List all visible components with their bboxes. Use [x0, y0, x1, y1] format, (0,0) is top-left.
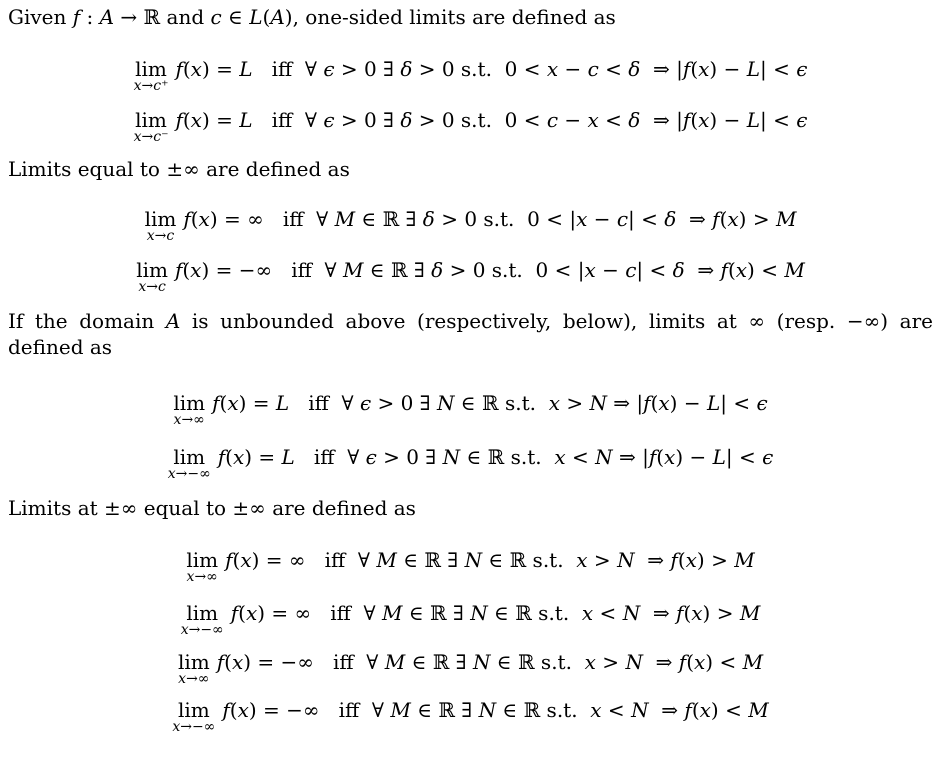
- limit-operator: lim x→c: [136, 257, 168, 295]
- equation-body: f(x) = L iff ∀ ϵ > 0 ∃ N ∈ ℝ s.t. x > N …: [212, 390, 768, 416]
- lim-subscript: x→−∞: [181, 623, 224, 638]
- equation-at-infinity-equals-infinity: lim x→∞ f(x) = ∞ iff ∀ M ∈ ℝ ∃ N ∈ ℝ s.t…: [8, 547, 933, 585]
- equation-at-neg-infinity-equals-infinity: lim x→−∞ f(x) = ∞ iff ∀ M ∈ ℝ ∃ N ∈ ℝ s.…: [8, 600, 933, 638]
- document-page: Given f : A → ℝ and c ∈ L(A), one-sided …: [0, 0, 941, 765]
- limit-operator: lim x→−∞: [172, 697, 215, 735]
- equation-at-neg-infinity-equals-neg-infinity: lim x→−∞ f(x) = −∞ iff ∀ M ∈ ℝ ∃ N ∈ ℝ s…: [8, 697, 933, 735]
- limit-operator: lim x→c⁺: [134, 56, 169, 94]
- equation-left-limit: lim x→c⁻ f(x) = L iff ∀ ϵ > 0 ∃ δ > 0 s.…: [8, 107, 933, 145]
- paragraph-line: If the domain A is unbounded above (resp…: [8, 308, 933, 334]
- lim-subscript: x→∞: [178, 672, 209, 687]
- equation-body: f(x) = −∞ iff ∀ M ∈ ℝ ∃ N ∈ ℝ s.t. x > N…: [217, 649, 763, 675]
- limit-operator: lim x→∞: [173, 390, 205, 428]
- lim-subscript: x→∞: [174, 413, 205, 428]
- lim-subscript: x→c⁺: [134, 79, 169, 94]
- limits-at-infinity-paragraph: If the domain A is unbounded above (resp…: [8, 308, 933, 360]
- limits-at-pm-infinity-paragraph: Limits at ±∞ equal to ±∞ are defined as: [8, 495, 933, 521]
- equation-limit-equals-infinity: lim x→c f(x) = ∞ iff ∀ M ∈ ℝ ∃ δ > 0 s.t…: [8, 206, 933, 244]
- equation-body: f(x) = L iff ∀ ϵ > 0 ∃ N ∈ ℝ s.t. x < N …: [218, 444, 774, 470]
- lim-subscript: x→∞: [187, 570, 218, 585]
- limit-operator: lim x→c⁻: [134, 107, 169, 145]
- equation-body: f(x) = ∞ iff ∀ M ∈ ℝ ∃ δ > 0 s.t. 0 < |x…: [183, 206, 796, 232]
- equation-body: f(x) = ∞ iff ∀ M ∈ ℝ ∃ N ∈ ℝ s.t. x < N …: [231, 600, 761, 626]
- paragraph-line: defined as: [8, 334, 933, 360]
- equation-limit-at-neg-infinity-L: lim x→−∞ f(x) = L iff ∀ ϵ > 0 ∃ N ∈ ℝ s.…: [8, 444, 933, 482]
- limit-operator: lim x→−∞: [168, 444, 211, 482]
- equation-body: f(x) = L iff ∀ ϵ > 0 ∃ δ > 0 s.t. 0 < x …: [175, 56, 807, 82]
- lim-subscript: x→c: [138, 280, 165, 295]
- limit-operator: lim x→c: [145, 206, 177, 244]
- limit-operator: lim x→−∞: [181, 600, 224, 638]
- lim-subscript: x→−∞: [172, 720, 215, 735]
- lim-subscript: x→−∞: [168, 467, 211, 482]
- pm-infinity-paragraph: Limits equal to ±∞ are defined as: [8, 156, 933, 182]
- limit-operator: lim x→∞: [178, 649, 210, 687]
- intro-paragraph: Given f : A → ℝ and c ∈ L(A), one-sided …: [8, 4, 933, 30]
- equation-at-infinity-equals-neg-infinity: lim x→∞ f(x) = −∞ iff ∀ M ∈ ℝ ∃ N ∈ ℝ s.…: [8, 649, 933, 687]
- lim-subscript: x→c⁻: [134, 130, 169, 145]
- equation-body: f(x) = ∞ iff ∀ M ∈ ℝ ∃ N ∈ ℝ s.t. x > N …: [225, 547, 755, 573]
- equation-limit-at-infinity-L: lim x→∞ f(x) = L iff ∀ ϵ > 0 ∃ N ∈ ℝ s.t…: [8, 390, 933, 428]
- equation-right-limit: lim x→c⁺ f(x) = L iff ∀ ϵ > 0 ∃ δ > 0 s.…: [8, 56, 933, 94]
- equation-body: f(x) = −∞ iff ∀ M ∈ ℝ ∃ δ > 0 s.t. 0 < |…: [175, 257, 805, 283]
- equation-limit-equals-neg-infinity: lim x→c f(x) = −∞ iff ∀ M ∈ ℝ ∃ δ > 0 s.…: [8, 257, 933, 295]
- lim-subscript: x→c: [147, 229, 174, 244]
- equation-body: f(x) = −∞ iff ∀ M ∈ ℝ ∃ N ∈ ℝ s.t. x < N…: [222, 697, 768, 723]
- limit-operator: lim x→∞: [186, 547, 218, 585]
- equation-body: f(x) = L iff ∀ ϵ > 0 ∃ δ > 0 s.t. 0 < c …: [175, 107, 807, 133]
